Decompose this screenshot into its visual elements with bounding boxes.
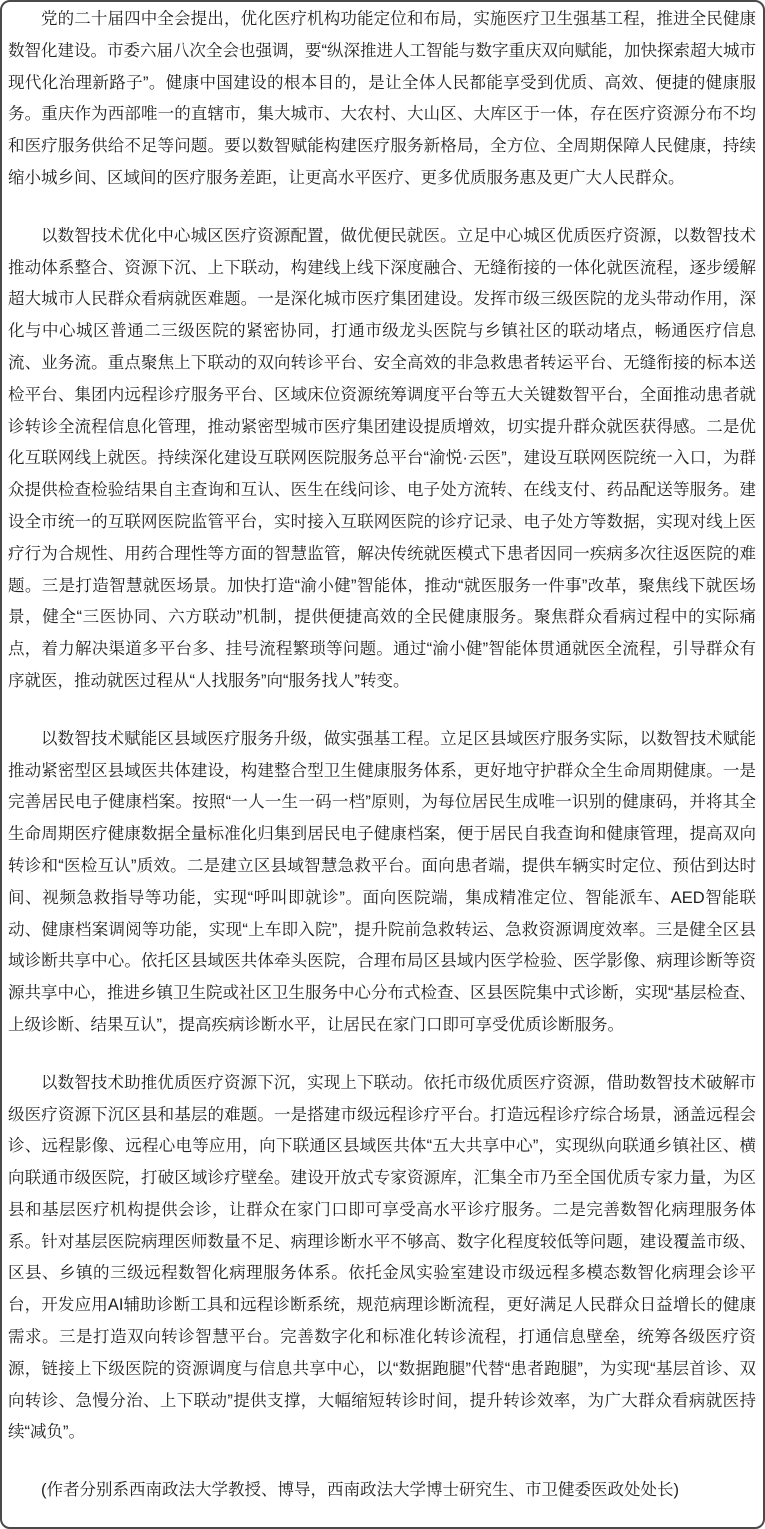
- author-note: (作者分别系西南政法大学教授、博导，西南政法大学博士研究生、市卫健委医政处处长): [8, 1475, 756, 1507]
- paragraph-intro: 党的二十届四中全会提出，优化医疗机构功能定位和布局，实施医疗卫生强基工程，推进全…: [8, 4, 756, 195]
- paragraph-quality-resources-downward: 以数智技术助推优质医疗资源下沉，实现上下联动。依托市级优质医疗资源，借助数智技术…: [8, 1068, 756, 1450]
- paragraph-county-medical-services: 以数智技术赋能区县域医疗服务升级，做实强基工程。立足区县域医疗服务实际，以数智技…: [8, 724, 756, 1042]
- paragraph-central-city-medical-resources: 以数智技术优化中心城区医疗资源配置，做优便民就医。立足中心城区优质医疗资源，以数…: [8, 221, 756, 698]
- article-page: 党的二十届四中全会提出，优化医疗机构功能定位和布局，实施医疗卫生强基工程，推进全…: [0, 0, 765, 1529]
